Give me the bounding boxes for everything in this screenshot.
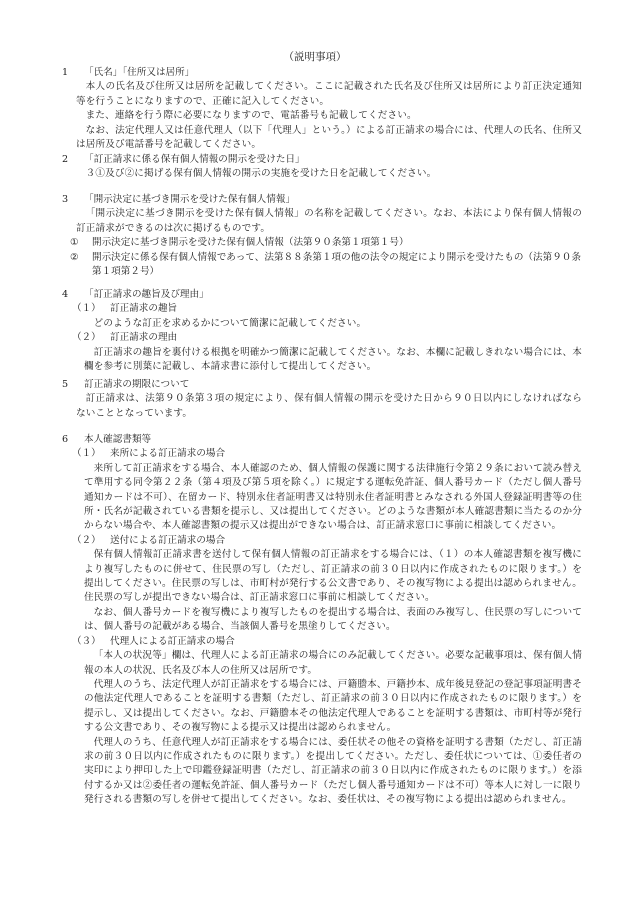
subsection-heading: （３） 代理人による訂正請求の場合	[72, 635, 582, 649]
section-4: 4 「訂正請求の趣旨及び理由」 （１） 訂正請求の趣旨 どのような訂正を求めるか…	[62, 288, 582, 374]
subsection-number: （３）	[72, 635, 110, 649]
paragraph: どのような訂正を求めるかについて簡潔に記載してください。	[84, 317, 582, 331]
section-number: 4	[62, 288, 84, 302]
section-heading: 5 訂正請求の期限について	[62, 378, 582, 392]
section-number: 5	[62, 378, 84, 392]
section-title: 「訂正請求に係る保有個人情報の開示を受けた日」	[84, 153, 305, 167]
section-number: 2	[62, 153, 84, 167]
section-heading: 3 「開示決定に基づき開示を受けた保有個人情報」	[62, 193, 582, 207]
section-2: 2 「訂正請求に係る保有個人情報の開示を受けた日」 ３①及び②に掲げる保有個人情…	[62, 153, 582, 182]
list-number: ②	[70, 251, 92, 280]
section-heading: 2 「訂正請求に係る保有個人情報の開示を受けた日」	[62, 153, 582, 167]
paragraph: 訂正請求の趣旨を裏付ける根拠を明確かつ簡潔に記載してください。なお、本欄に記載し…	[84, 346, 582, 375]
subsection-title: 送付による訂正請求の場合	[110, 534, 225, 548]
subsection-heading: （２） 訂正請求の理由	[72, 331, 582, 345]
subsection-number: （２）	[72, 331, 110, 345]
subsection-title: 訂正請求の趣旨	[110, 302, 177, 316]
section-title: 「氏名」「住所又は居所」	[84, 66, 194, 80]
section-title: 訂正請求の期限について	[84, 378, 189, 392]
subsection-number: （１）	[72, 302, 110, 316]
section-number: 6	[62, 433, 84, 447]
section-1: 1 「氏名」「住所又は居所」 本人の氏名及び住所又は居所を記載してください。ここ…	[62, 66, 582, 152]
list-item: ② 開示決定に係る保有個人情報であって、法第８８条第１項の他の法令の規定により開…	[70, 251, 582, 280]
document-page: （説明事項） 1 「氏名」「住所又は居所」 本人の氏名及び住所又は居所を記載して…	[0, 0, 630, 903]
section-6: 6 本人確認書類等 （１） 来所による訂正請求の場合 来所して訂正請求をする場合…	[62, 433, 582, 808]
section-title: 「訂正請求の趣旨及び理由」	[84, 288, 209, 302]
paragraph: 訂正請求は、法第９０条第３項の規定により、保有個人情報の開示を受けた日から９０日…	[76, 392, 582, 421]
page-title: （説明事項）	[0, 50, 630, 64]
subsection-title: 代理人による訂正請求の場合	[110, 635, 235, 649]
section-5: 5 訂正請求の期限について 訂正請求は、法第９０条第３項の規定により、保有個人情…	[62, 378, 582, 421]
list-text: 開示決定に係る保有個人情報であって、法第８８条第１項の他の法令の規定により開示を…	[92, 251, 582, 280]
subsection-number: （２）	[72, 534, 110, 548]
paragraph: なお、法定代理人又は任意代理人（以下「代理人」という。）による訂正請求の場合には…	[76, 124, 582, 153]
paragraph: 保有個人情報訂正請求書を送付して保有個人情報の訂正請求をする場合には、（１）の本…	[84, 548, 582, 606]
paragraph: 来所して訂正請求をする場合、本人確認のため、個人情報の保護に関する法律施行令第２…	[84, 462, 582, 534]
section-title: 「開示決定に基づき開示を受けた保有個人情報」	[84, 193, 295, 207]
section-title: 本人確認書類等	[84, 433, 151, 447]
paragraph: 本人の氏名及び住所又は居所を記載してください。ここに記載された氏名及び住所又は居…	[76, 80, 582, 109]
paragraph: 代理人のうち、法定代理人が訂正請求をする場合には、戸籍謄本、戸籍抄本、成年後見登…	[84, 678, 582, 736]
paragraph: ３①及び②に掲げる保有個人情報の開示の実施を受けた日を記載してください。	[76, 167, 582, 181]
section-number: 1	[62, 66, 84, 80]
subsection-number: （１）	[72, 447, 110, 461]
subsection-title: 来所による訂正請求の場合	[110, 447, 225, 461]
section-number: 3	[62, 193, 84, 207]
subsection-heading: （２） 送付による訂正請求の場合	[72, 534, 582, 548]
list-text: 開示決定に基づき開示を受けた保有個人情報（法第９０条第１項第１号）	[92, 236, 582, 250]
paragraph: 代理人のうち、任意代理人が訂正請求をする場合には、委任状その他その資格を証明する…	[84, 736, 582, 808]
list-number: ①	[70, 236, 92, 250]
section-heading: 1 「氏名」「住所又は居所」	[62, 66, 582, 80]
subsection-title: 訂正請求の理由	[110, 331, 177, 345]
section-heading: 4 「訂正請求の趣旨及び理由」	[62, 288, 582, 302]
subsection-heading: （１） 訂正請求の趣旨	[72, 302, 582, 316]
section-heading: 6 本人確認書類等	[62, 433, 582, 447]
subsection-heading: （１） 来所による訂正請求の場合	[72, 447, 582, 461]
paragraph: なお、個人番号カードを複写機により複写したものを提出する場合は、表面のみ複写し、…	[84, 606, 582, 635]
paragraph: 「本人の状況等」欄は、代理人による訂正請求の場合にのみ記載してください。必要な記…	[84, 649, 582, 678]
paragraph: 「開示決定に基づき開示を受けた保有個人情報」の名称を記載してください。なお、本法…	[76, 207, 582, 236]
paragraph: また、連絡を行う際に必要になりますので、電話番号も記載してください。	[76, 109, 582, 123]
section-3: 3 「開示決定に基づき開示を受けた保有個人情報」 「開示決定に基づき開示を受けた…	[62, 193, 582, 279]
list-item: ① 開示決定に基づき開示を受けた保有個人情報（法第９０条第１項第１号）	[70, 236, 582, 250]
